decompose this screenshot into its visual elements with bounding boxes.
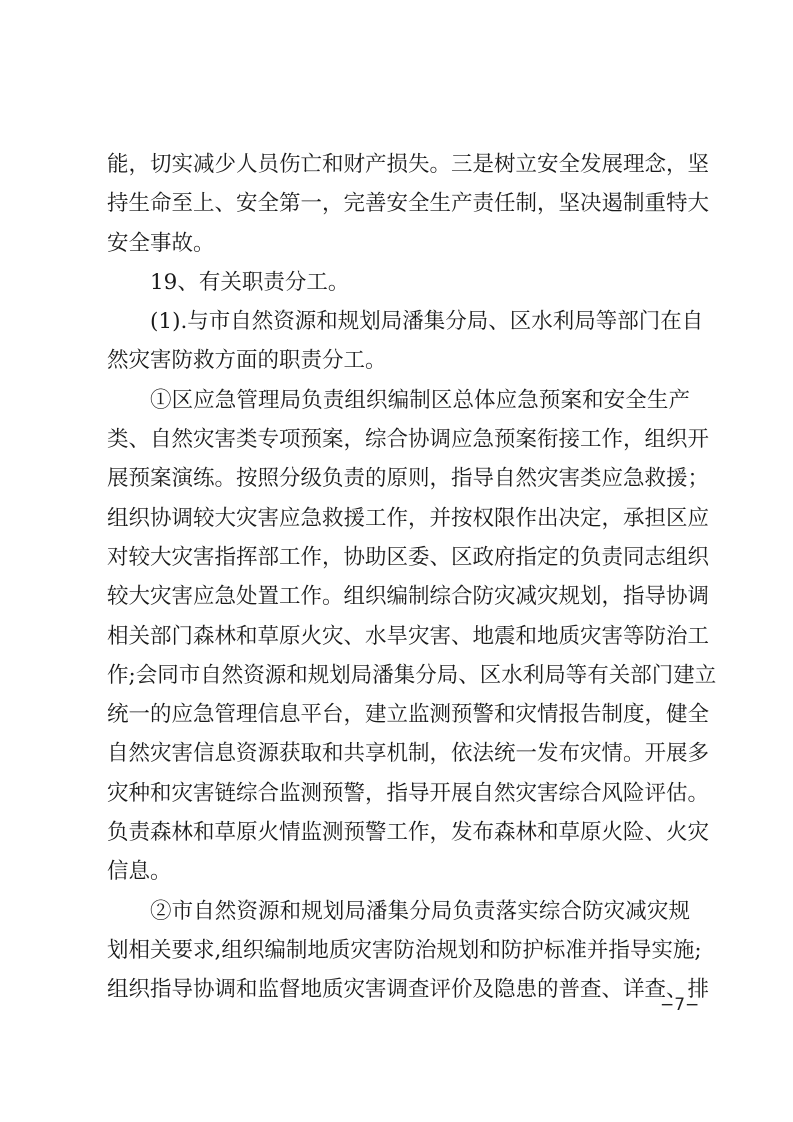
text-line: 负责森林和草原火情监测预警工作，发布森林和草原火险、火灾 bbox=[107, 813, 690, 852]
text-line: 组织指导协调和监督地质灾害调查评价及隐患的普查、详查、排 bbox=[107, 970, 690, 1009]
text-line: 作;会同市自然资源和规划局潘集分局、区水利局等有关部门建立 bbox=[107, 656, 690, 695]
text-line: 自然灾害信息资源获取和共享机制，依法统一发布灾情。开展多 bbox=[107, 734, 690, 773]
text-line: 然灾害防救方面的职责分工。 bbox=[107, 341, 690, 380]
document-page: 能，切实减少人员伤亡和财产损失。三是树立安全发展理念，坚 持生命至上、安全第一，… bbox=[0, 0, 793, 1122]
text-line: 能，切实减少人员伤亡和财产损失。三是树立安全发展理念，坚 bbox=[107, 145, 690, 184]
text-line: 对较大灾害指挥部工作，协助区委、区政府指定的负责同志组织 bbox=[107, 538, 690, 577]
text-line: ①区应急管理局负责组织编制区总体应急预案和安全生产 bbox=[107, 381, 690, 420]
subsection-heading: (1).与市自然资源和规划局潘集分局、区水利局等部门在自 bbox=[107, 302, 690, 341]
body-text: 能，切实减少人员伤亡和财产损失。三是树立安全发展理念，坚 持生命至上、安全第一，… bbox=[107, 145, 690, 1010]
text-line: 安全事故。 bbox=[107, 224, 690, 263]
text-line: 统一的应急管理信息平台，建立监测预警和灾情报告制度，健全 bbox=[107, 695, 690, 734]
text-line: 划相关要求,组织编制地质灾害防治规划和防护标准并指导实施; bbox=[107, 931, 690, 970]
text-line: 较大灾害应急处置工作。组织编制综合防灾减灾规划，指导协调 bbox=[107, 577, 690, 616]
text-line: 持生命至上、安全第一，完善安全生产责任制，坚决遏制重特大 bbox=[107, 184, 690, 223]
text-line: 类、自然灾害类专项预案，综合协调应急预案衔接工作，组织开 bbox=[107, 420, 690, 459]
text-line: 组织协调较大灾害应急救援工作，并按权限作出决定，承担区应 bbox=[107, 499, 690, 538]
text-line: ②市自然资源和规划局潘集分局负责落实综合防灾减灾规 bbox=[107, 892, 690, 931]
text-line: 展预案演练。按照分级负责的原则，指导自然灾害类应急救援； bbox=[107, 459, 690, 498]
text-line: 灾种和灾害链综合监测预警，指导开展自然灾害综合风险评估。 bbox=[107, 774, 690, 813]
page-number: −7− bbox=[660, 995, 699, 1015]
section-heading: 19、有关职责分工。 bbox=[107, 263, 690, 302]
text-line: 相关部门森林和草原火灾、水旱灾害、地震和地质灾害等防治工 bbox=[107, 617, 690, 656]
text-line: 信息。 bbox=[107, 852, 690, 891]
